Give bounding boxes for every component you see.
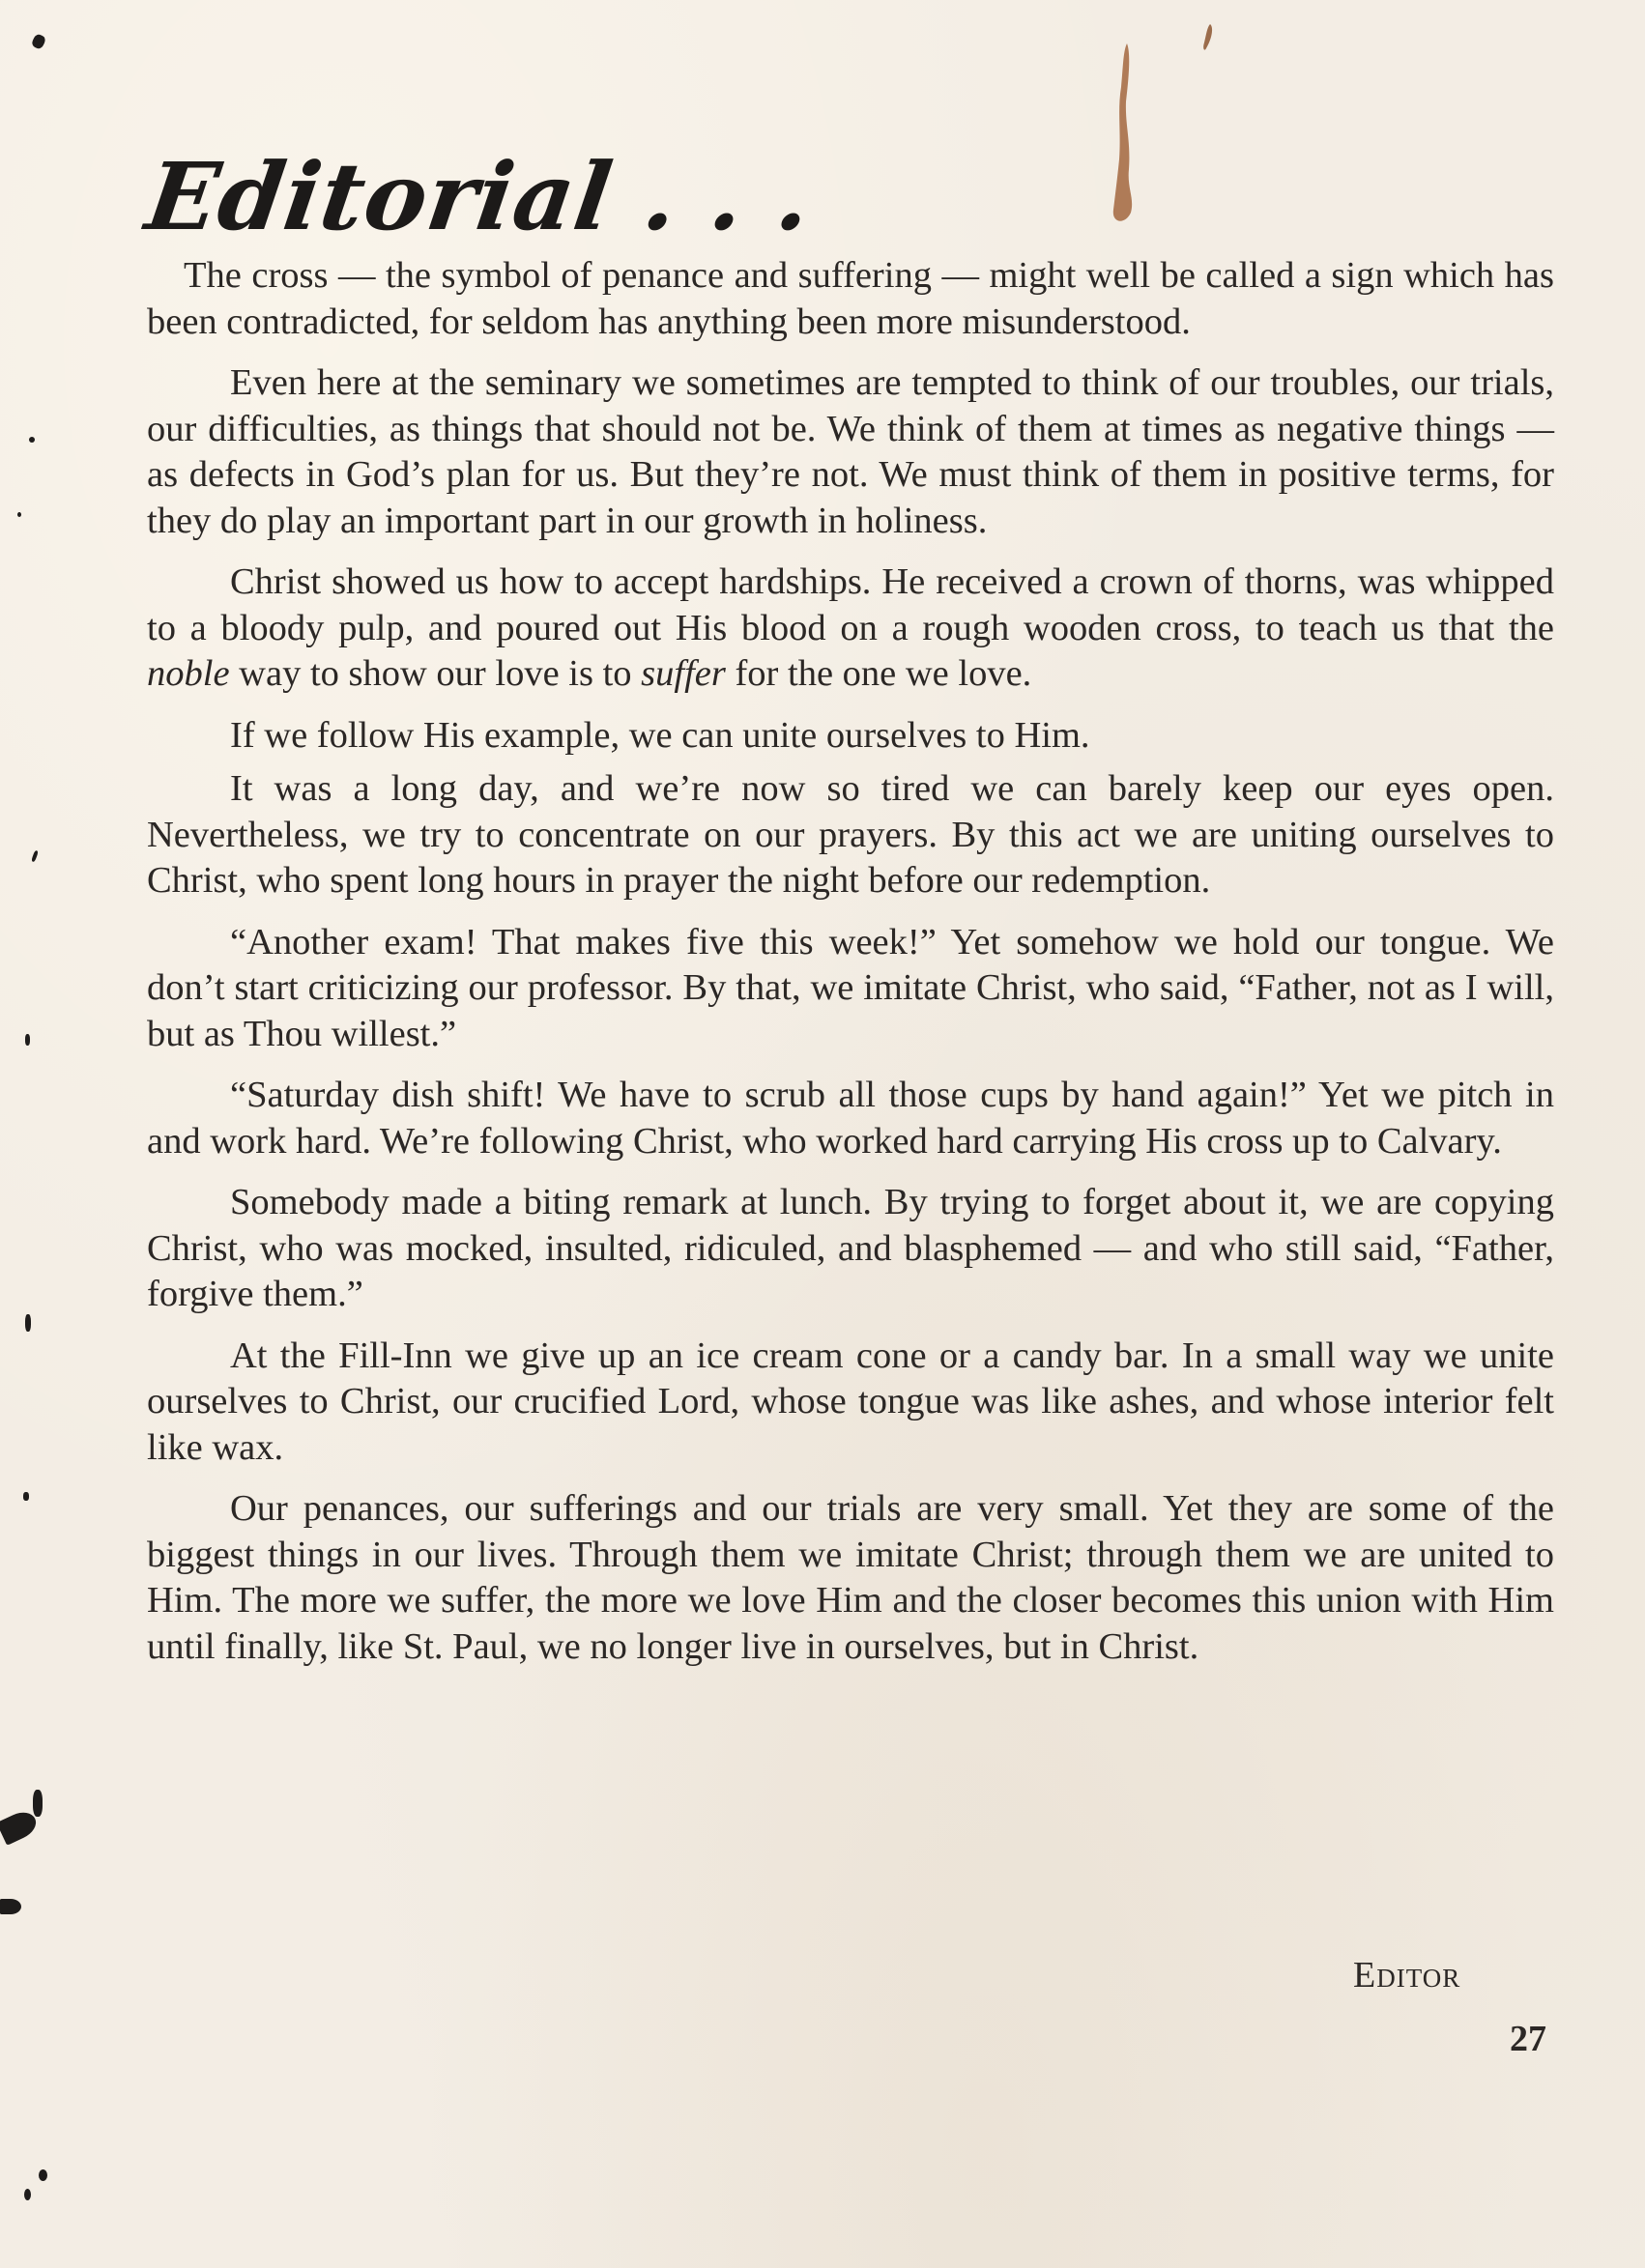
margin-mark [0, 1899, 21, 1914]
paragraph-text: Even here at the seminary we sometimes a… [147, 362, 1554, 541]
paragraph: “Saturday dish shift! We have to scrub a… [147, 1073, 1554, 1164]
paragraph-text: for the one we love. [726, 653, 1031, 694]
margin-mark [29, 437, 35, 443]
paragraph: Our penances, our sufferings and our tri… [147, 1486, 1554, 1670]
paragraph-text: Christ showed us how to accept hardships… [147, 561, 1554, 648]
margin-mark [23, 1492, 29, 1501]
paragraph-text: Somebody made a biting remark at lunch. … [147, 1182, 1554, 1314]
paragraph-text: way to show our love is to [230, 653, 642, 694]
paragraph: If we follow His example, we can unite o… [147, 713, 1554, 760]
margin-mark [39, 2169, 47, 2181]
paragraph: It was a long day, and we’re now so tire… [147, 766, 1554, 904]
paragraph: Christ showed us how to accept hardships… [147, 560, 1554, 698]
paragraph-text: If we follow His example, we can unite o… [230, 715, 1090, 756]
page-title: Editorial . . . [141, 151, 818, 244]
editorial-body: The cross — the symbol of penance and su… [147, 253, 1554, 1685]
margin-mark [17, 512, 21, 517]
paragraph: The cross — the symbol of penance and su… [147, 253, 1554, 345]
paragraph-text: Our penances, our sufferings and our tri… [147, 1488, 1554, 1667]
paragraph-text: The cross — the symbol of penance and su… [147, 255, 1554, 342]
emphasis-text: noble [147, 653, 230, 694]
paragraph: Somebody made a biting remark at lunch. … [147, 1180, 1554, 1318]
margin-mark [33, 1790, 43, 1817]
margin-mark [24, 2189, 31, 2200]
ink-stain-mark [1102, 34, 1140, 227]
ink-speck-mark [1198, 19, 1218, 77]
author-signature: Editor [1353, 1954, 1460, 1996]
paragraph-text: “Another exam! That makes five this week… [147, 922, 1554, 1054]
paragraph-text: “Saturday dish shift! We have to scrub a… [147, 1075, 1554, 1162]
margin-mark [25, 1314, 31, 1332]
emphasis-text: suffer [641, 653, 726, 694]
margin-mark [25, 1034, 30, 1046]
margin-mark [31, 33, 47, 50]
paragraph: “Another exam! That makes five this week… [147, 920, 1554, 1058]
paragraph: At the Fill-Inn we give up an ice cream … [147, 1334, 1554, 1472]
paragraph-text: It was a long day, and we’re now so tire… [147, 768, 1554, 901]
paragraph-text: At the Fill-Inn we give up an ice cream … [147, 1335, 1554, 1468]
page-number: 27 [1510, 2018, 1546, 2060]
paragraph: Even here at the seminary we sometimes a… [147, 360, 1554, 544]
margin-mark [31, 850, 39, 863]
